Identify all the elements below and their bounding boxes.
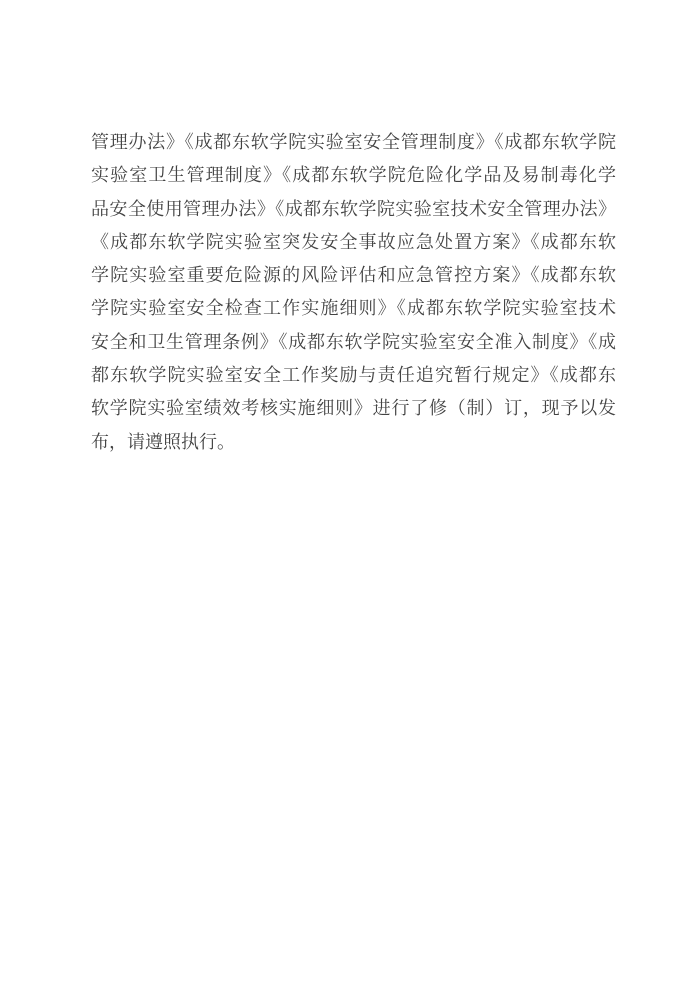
text-line: 软学院实验室绩效考核实施细则》进行了修（制）订，现予以发 xyxy=(91,392,616,425)
text-line: 实验室卫生管理制度》《成都东软学院危险化学品及易制毒化学 xyxy=(91,159,616,192)
text-line: 学院实验室安全检查工作实施细则》《成都东软学院实验室技术 xyxy=(91,292,616,325)
text-line: 都东软学院实验室安全工作奖励与责任追究暂行规定》《成都东 xyxy=(91,359,616,392)
document-page: 管理办法》《成都东软学院实验室安全管理制度》《成都东软学院 实验室卫生管理制度》… xyxy=(0,0,700,991)
text-line: 品安全使用管理办法》《成都东软学院实验室技术安全管理办法》 xyxy=(91,193,616,226)
body-text-paragraph: 管理办法》《成都东软学院实验室安全管理制度》《成都东软学院 实验室卫生管理制度》… xyxy=(91,126,616,459)
text-line: 安全和卫生管理条例》《成都东软学院实验室安全准入制度》《成 xyxy=(91,326,616,359)
text-line: 学院实验室重要危险源的风险评估和应急管控方案》《成都东软 xyxy=(91,259,616,292)
text-line: 《成都东软学院实验室突发安全事故应急处置方案》《成都东软 xyxy=(91,226,616,259)
text-line: 管理办法》《成都东软学院实验室安全管理制度》《成都东软学院 xyxy=(91,126,616,159)
text-line: 布，请遵照执行。 xyxy=(91,426,616,459)
